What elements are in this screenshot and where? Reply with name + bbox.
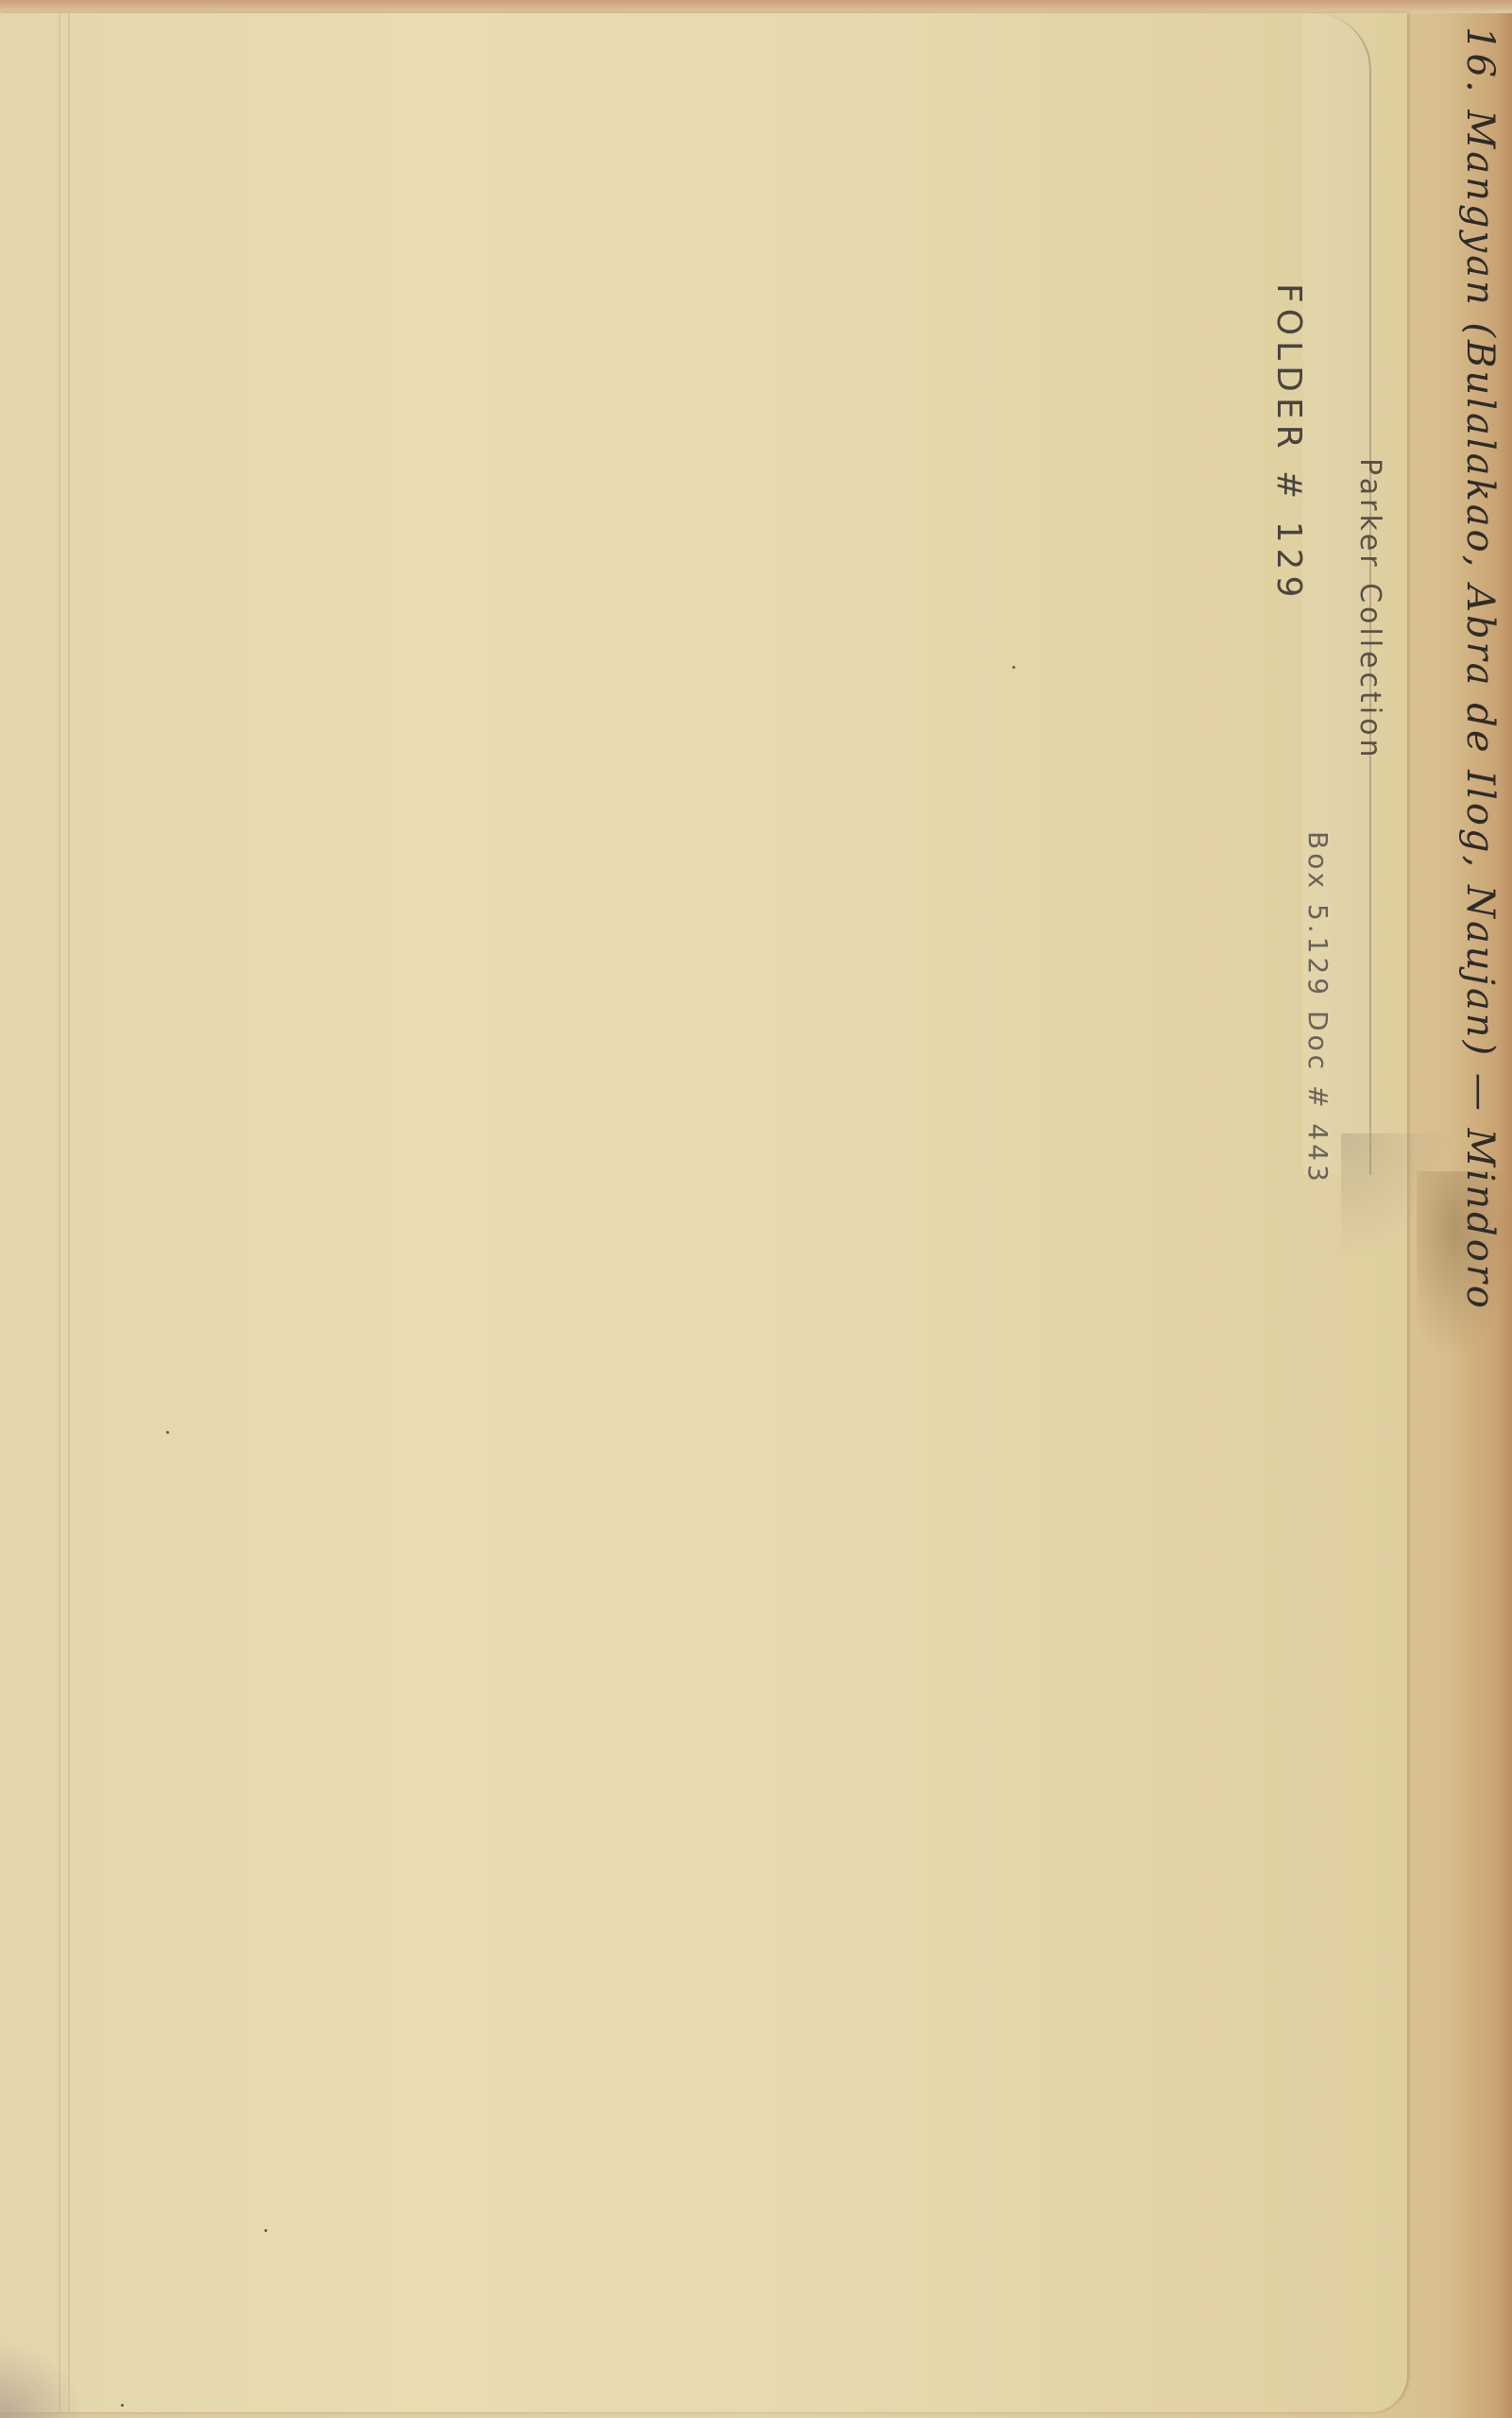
fold-crease	[59, 13, 60, 2412]
fold-crease	[68, 13, 70, 2412]
box-doc-label: Box 5.129 Doc # 443	[1302, 831, 1334, 1185]
folder-title-label: 16. Mangyan (Bulalakao, Abra de Ilog, Na…	[1458, 26, 1502, 1311]
paper-speck	[1012, 666, 1015, 669]
paper-speck	[166, 1431, 169, 1434]
top-edge	[0, 0, 1512, 13]
corner-curl	[0, 2342, 85, 2418]
collection-label: Parker Collection	[1353, 458, 1386, 760]
paper-speck	[264, 2229, 267, 2232]
front-folder-sheet	[0, 13, 1407, 2412]
paper-speck	[121, 2404, 124, 2407]
folder-number-label: FOLDER # 129	[1269, 283, 1308, 603]
